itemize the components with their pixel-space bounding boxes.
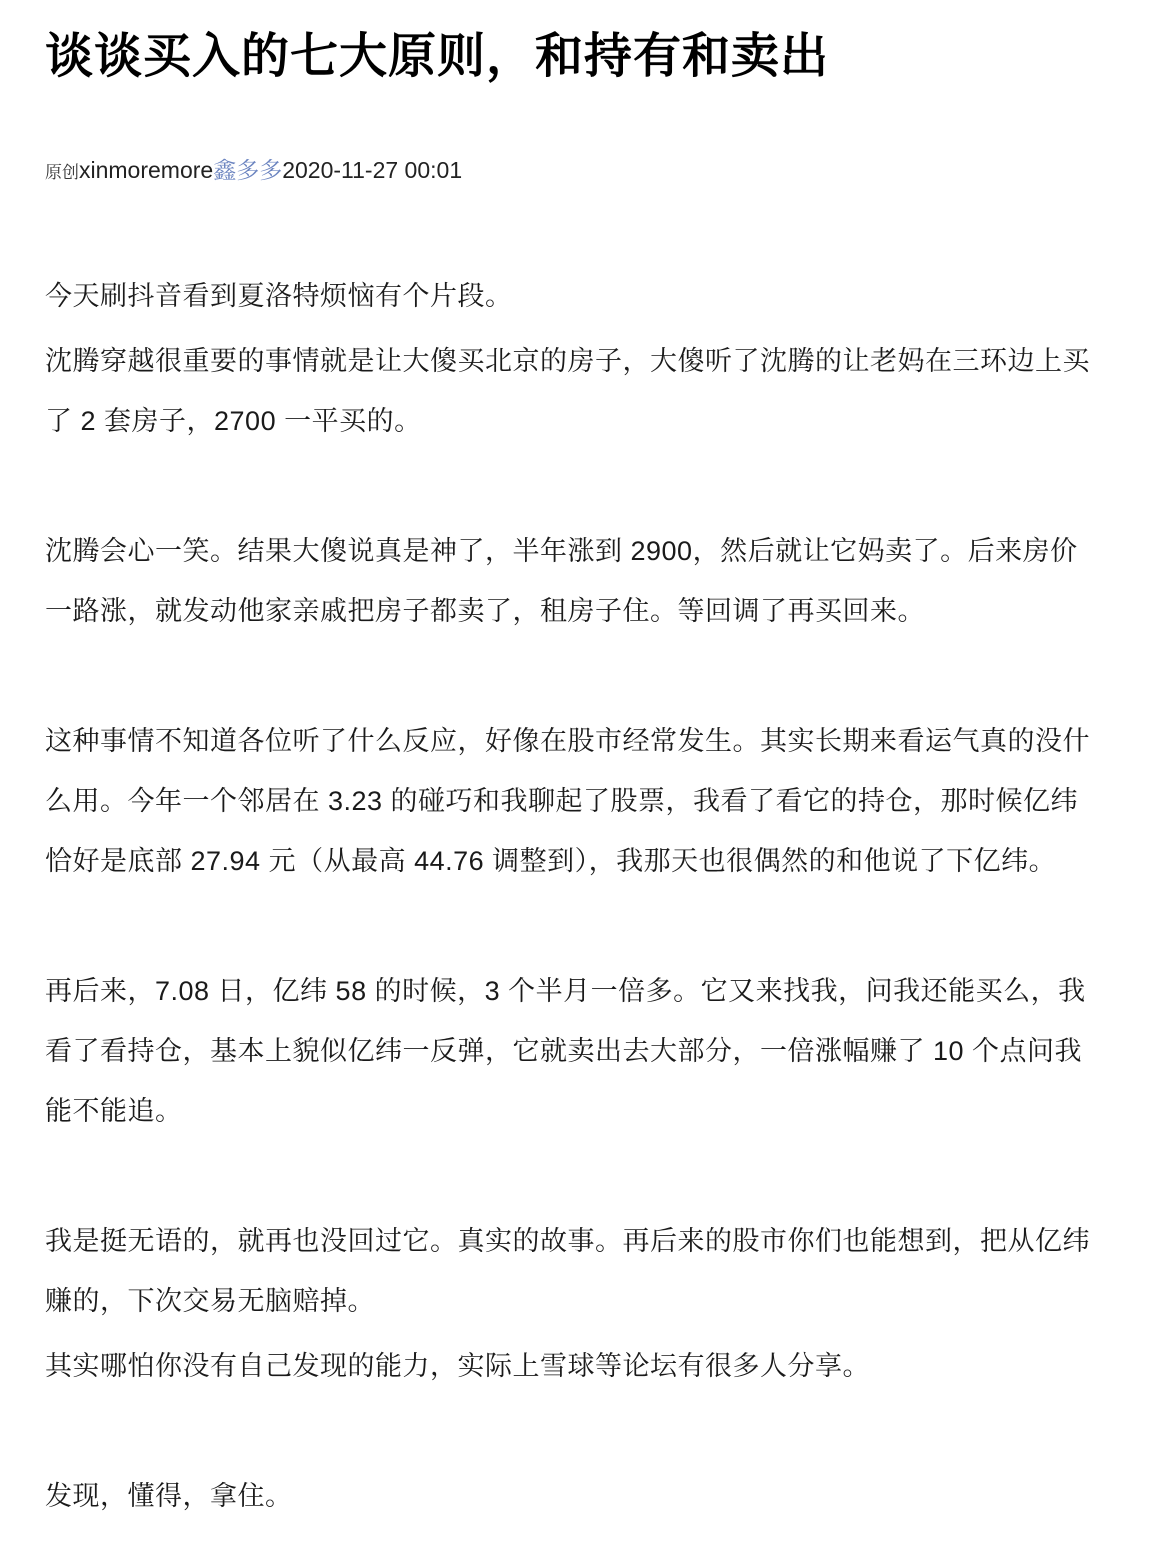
article-body: 今天刷抖音看到夏洛特烦恼有个片段。沈腾穿越很重要的事情就是让大傻买北京的房子，大…	[45, 266, 1104, 1526]
author-link[interactable]: 鑫多多	[213, 157, 282, 183]
article-meta: 原创xinmoremore鑫多多2020-11-27 00:01	[45, 155, 1104, 188]
article-title: 谈谈买入的七大原则，和持有和卖出	[45, 28, 1104, 86]
paragraph: 这种事情不知道各位听了什么反应，好像在股市经常发生。其实长期来看运气真的没什么用…	[45, 711, 1104, 891]
paragraph: 再后来，7.08 日，亿纬 58 的时候，3 个半月一倍多。它又来找我，问我还能…	[45, 961, 1104, 1141]
article-page: 谈谈买入的七大原则，和持有和卖出 原创xinmoremore鑫多多2020-11…	[0, 0, 1150, 1543]
origin-badge: 原创	[45, 163, 79, 182]
paragraph: 今天刷抖音看到夏洛特烦恼有个片段。	[45, 266, 1104, 326]
paragraph: 沈腾会心一笑。结果大傻说真是神了，半年涨到 2900，然后就让它妈卖了。后来房价…	[45, 521, 1104, 641]
paragraph: 沈腾穿越很重要的事情就是让大傻买北京的房子，大傻听了沈腾的让老妈在三环边上买了 …	[45, 331, 1104, 451]
paragraph: 我是挺无语的，就再也没回过它。真实的故事。再后来的股市你们也能想到，把从亿纬赚的…	[45, 1211, 1104, 1331]
publish-time: 2020-11-27 00:01	[282, 157, 462, 183]
paragraph: 发现，懂得，拿住。	[45, 1466, 1104, 1526]
paragraph: 其实哪怕你没有自己发现的能力，实际上雪球等论坛有很多人分享。	[45, 1336, 1104, 1396]
author-id: xinmoremore	[79, 157, 213, 183]
